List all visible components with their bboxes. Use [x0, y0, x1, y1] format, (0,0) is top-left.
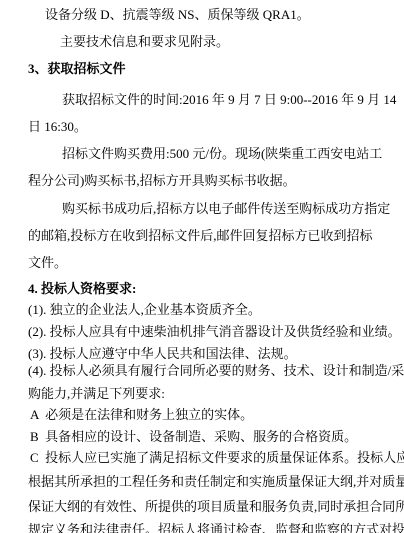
doc-line-purchase-fee-1: 招标文件购买费用:500 元/份。现场(陕柴重工西安电站工 — [62, 146, 382, 161]
doc-line-email-send-3: 文件。 — [28, 255, 67, 270]
doc-line-tech-info: 主要技术信息和要求见附录。 — [60, 34, 229, 49]
doc-line-req-item-c3: 保证大纲的有效性、所提供的项目质量和服务负责,同时承担合同所 — [28, 499, 404, 514]
doc-line-req-1: (1). 独立的企业法人,企业基本资质齐全。 — [28, 302, 261, 317]
doc-line-equipment-grades: 设备分级 D、抗震等级 NS、质保等级 QRA1。 — [45, 7, 310, 22]
doc-line-req-item-b: B 具备相应的设计、设备制造、采购、服务的合格资质。 — [30, 429, 357, 444]
doc-line-obtain-time-1: 获取招标文件的时间:2016 年 9 月 7 日 9:00--2016 年 9 … — [62, 92, 396, 107]
doc-line-req-item-c1: C 投标人应已实施了满足招标文件要求的质量保证体系。投标人应 — [30, 450, 404, 465]
section-3-heading: 3、获取招标文件 — [28, 61, 126, 76]
doc-line-req-item-c4: 规定义务和法律责任。招标人将通过检查、监督和监察的方式对投标 — [28, 522, 404, 533]
doc-line-obtain-time-2: 日 16:30。 — [28, 119, 87, 134]
doc-line-purchase-fee-2: 程分公司)购买标书,招标方开具购买标书收据。 — [28, 173, 296, 188]
doc-line-req-item-c2: 根据其所承担的工程任务和责任制定和实施质量保证大纲,并对质量 — [28, 474, 404, 489]
doc-line-req-item-a: A 必须是在法律和财务上独立的实体。 — [30, 407, 253, 422]
doc-line-req-4a: (4). 投标人必须具有履行合同所必要的财务、技术、设计和制造/采 — [28, 363, 404, 378]
section-4-heading: 4. 投标人资格要求: — [28, 281, 136, 296]
doc-line-req-4b: 购能力,并满足下列要求: — [28, 386, 165, 401]
doc-line-email-send-1: 购买标书成功后,招标方以电子邮件传送至购标成功方指定 — [62, 201, 390, 216]
doc-line-req-3: (3). 投标人应遵守中华人民共和国法律、法规。 — [28, 346, 297, 361]
doc-line-req-2: (2). 投标人应具有中速柴油机排气消音器设计及供货经验和业绩。 — [28, 324, 401, 339]
document-page: 设备分级 D、抗震等级 NS、质保等级 QRA1。 主要技术信息和要求见附录。 … — [0, 0, 404, 533]
doc-line-email-send-2: 的邮箱,投标方在收到招标文件后,邮件回复招标方已收到招标 — [28, 228, 373, 243]
